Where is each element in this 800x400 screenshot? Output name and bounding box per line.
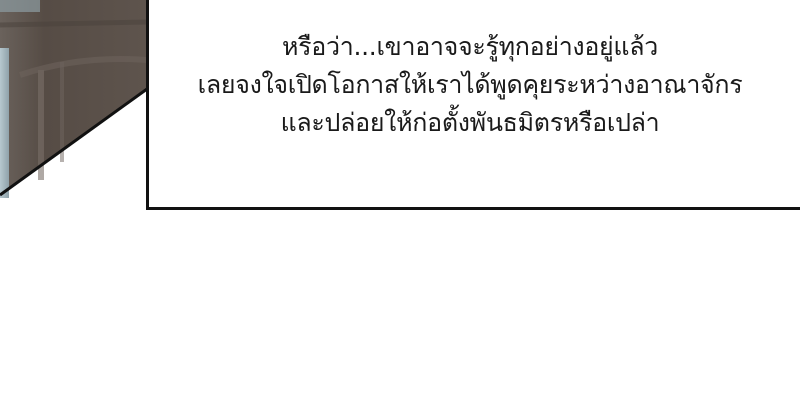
caption-line-3: และปล่อยให้ก่อตั้งพันธมิตรหรือเปล่า [150,104,790,142]
narration-text: หรือว่า...เขาอาจจะรู้ทุกอย่างอยู่แล้ว เล… [150,28,790,142]
caption-line-2: เลยจงใจเปิดโอกาสให้เราได้พูดคุยระหว่างอา… [150,66,790,104]
background-artwork [0,0,148,200]
caption-line-1: หรือว่า...เขาอาจจะรู้ทุกอย่างอยู่แล้ว [150,28,790,66]
